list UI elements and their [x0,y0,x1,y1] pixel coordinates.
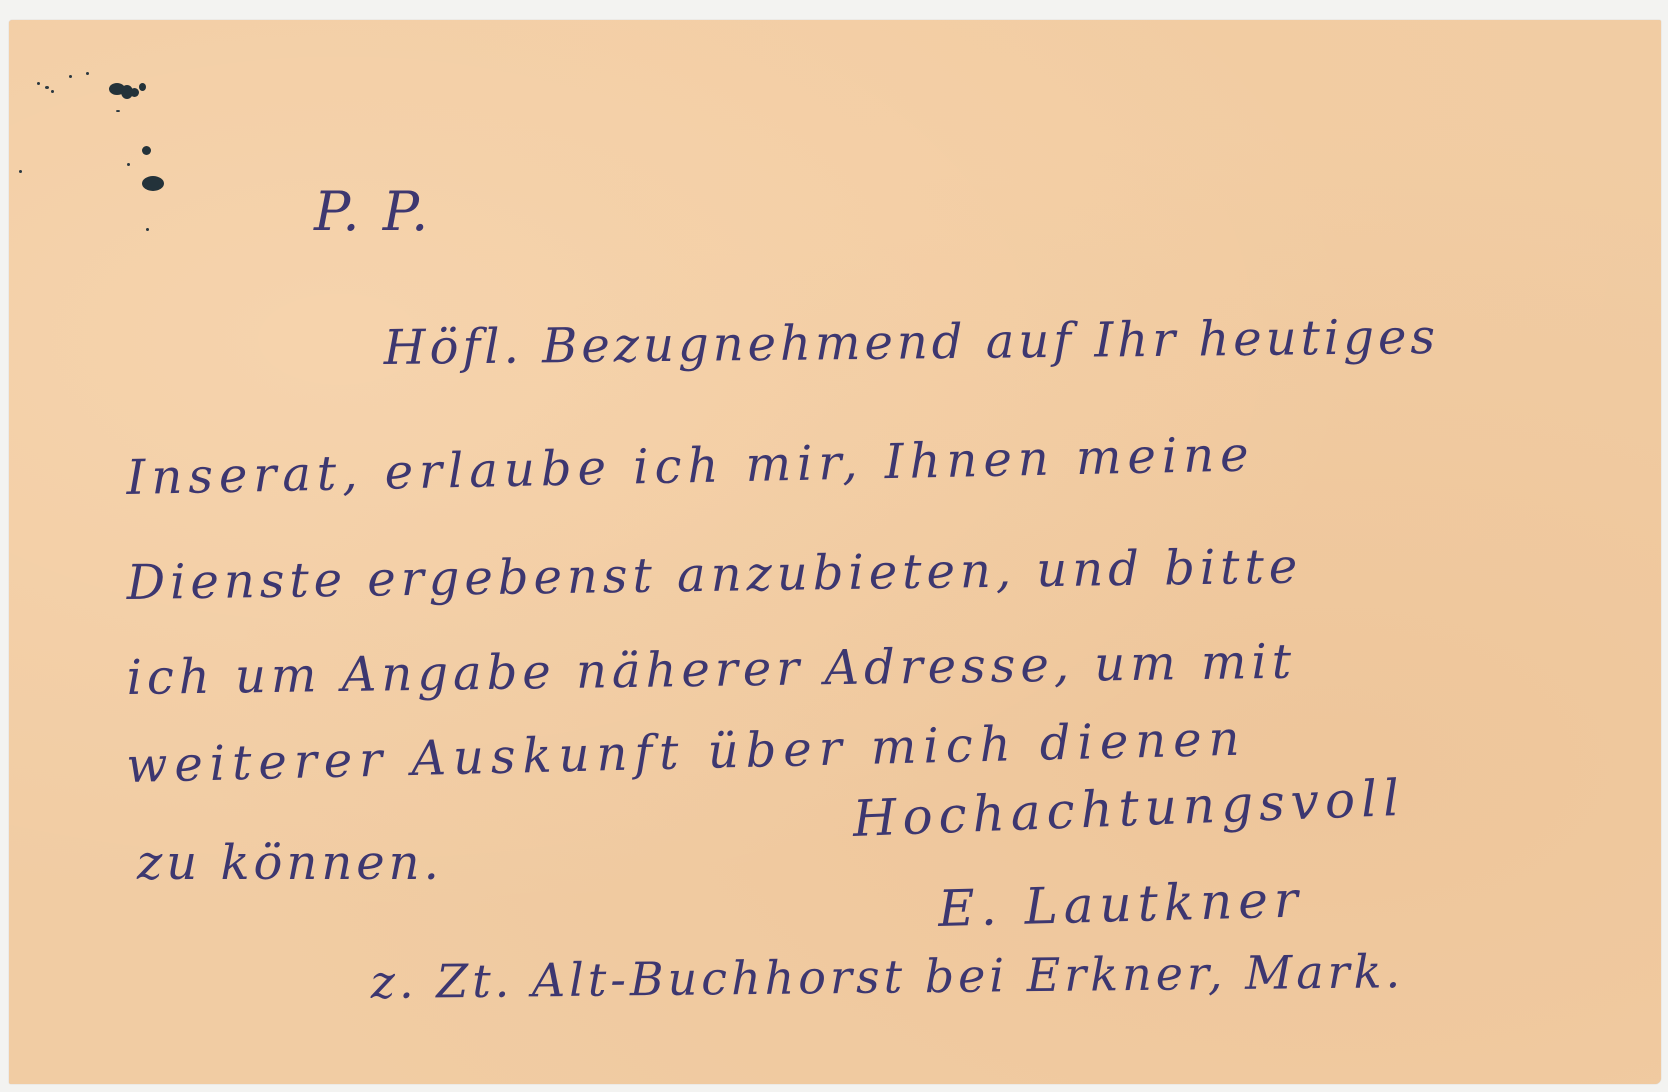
body-line-6: zu können. [137,835,443,891]
postcard: P. P. Höfl. Bezugnehmend auf Ihr heutige… [9,20,1661,1084]
body-line-1: Höfl. Bezugnehmend auf Ihr heutiges [383,309,1439,376]
body-line-2: Inserat, erlaube ich mir, Ihnen meine [126,426,1255,506]
body-line-4: ich um Angabe näherer Adresse, um mit [126,634,1296,706]
sender-address: z. Zt. Alt-Buchhorst bei Erkner, Mark. [370,944,1404,1009]
signature: E. Lautkner [937,870,1304,938]
body-line-3: Dienste ergebenst anzubieten, und bitte [126,539,1302,611]
closing: Hochachtungsvoll [852,769,1406,848]
salutation: P. P. [314,180,431,243]
